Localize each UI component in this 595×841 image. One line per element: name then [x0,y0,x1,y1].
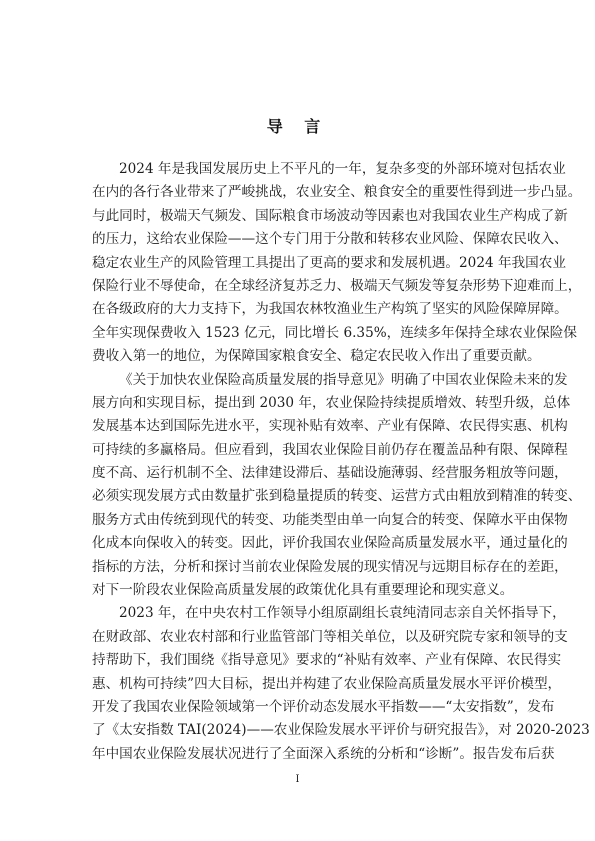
paragraph-2-line-1: 《关于加快农业保险高质量发展的指导意见》明确了中国农业保险未来的发 [92,369,506,392]
paragraph-1-line-9: 费收入第一的地位，为保障国家粮食安全、稳定农民收入作出了重要贡献。 [92,345,506,368]
paragraph-2-line-5: 度不高、运行机制不全、法律建设滞后、基础设施薄弱、经营服务粗放等问题， [92,462,506,485]
paragraph-1-line-3: 与此同时，极端天气频发、国际粮食市场波动等因素也对我国农业生产构成了新 [92,205,506,228]
paragraph-3-line-2: 在财政部、农业农村部和行业监管部门等相关单位，以及研究院专家和领导的支 [92,626,506,649]
paragraph-2-line-8: 化成本向保收入的转变。因此，评价我国农业保险高质量发展水平，通过量化的 [92,532,506,555]
paragraph-3-line-4: 惠、机构可持续”四大目标，提出并构建了农业保险高质量发展水平评价模型， [92,673,506,696]
paragraph-2-line-9: 指标的方法，分析和探讨当前农业保险发展的现实情况与远期目标存在的差距， [92,556,506,579]
document-page: 导 言 2024 年是我国发展历史上不平凡的一年，复杂多变的外部环境对包括农业 … [0,0,595,841]
paragraph-2-line-6: 必须实现发展方式由数量扩张到稳量提质的转变、运营方式由粗放到精准的转变、 [92,485,506,508]
body-text: 2024 年是我国发展历史上不平凡的一年，复杂多变的外部环境对包括农业 在内的各… [92,158,506,766]
paragraph-1-line-2: 在内的各行各业带来了严峻挑战，农业安全、粮食安全的重要性得到进一步凸显。 [92,181,506,204]
paragraph-2-line-4: 可持续的多赢格局。但应看到，我国农业保险目前仍存在覆盖品种有限、保障程 [92,439,506,462]
paragraph-2-line-2: 展方向和实现目标，提出到 2030 年，农业保险持续提质增效、转型升级，总体 [92,392,506,415]
paragraph-3-line-7: 年中国农业保险发展状况进行了全面深入系统的分析和“诊断”。报告发布后获 [92,743,506,766]
paragraph-2-line-10: 对下一阶段农业保险高质量发展的政策优化具有重要理论和现实意义。 [92,579,506,602]
paragraph-2-line-3: 发展基本达到国际先进水平，实现补贴有效率、产业有保障、农民得实惠、机构 [92,415,506,438]
paragraph-1-line-8: 全年实现保费收入 1523 亿元，同比增长 6.35%，连续多年保持全球农业保险… [92,322,506,345]
paragraph-3-line-6: 了《太安指数 TAI(2024)——农业保险发展水平评价与研究报告》，对 202… [92,719,506,742]
paragraph-3-line-5: 开发了我国农业保险领域第一个评价动态发展水平指数——“太安指数”，发布 [92,696,506,719]
paragraph-1-line-1: 2024 年是我国发展历史上不平凡的一年，复杂多变的外部环境对包括农业 [92,158,506,181]
page-title: 导 言 [0,116,595,138]
paragraph-3-line-3: 持帮助下，我们围绕《指导意见》要求的“补贴有效率、产业有保障、农民得实 [92,649,506,672]
paragraph-1-line-6: 保险行业不辱使命，在全球经济复苏乏力、极端天气频发等复杂形势下迎难而上， [92,275,506,298]
paragraph-3-line-1: 2023 年，在中央农村工作领导小组原副组长袁纯清同志亲自关怀指导下， [92,602,506,625]
page-number: I [0,774,595,785]
paragraph-1-line-7: 在各级政府的大力支持下，为我国农林牧渔业生产构筑了坚实的风险保障屏障。 [92,298,506,321]
paragraph-1-line-4: 的压力，这给农业保险——这个专门用于分散和转移农业风险、保障农民收入、 [92,228,506,251]
paragraph-1-line-5: 稳定农业生产的风险管理工具提出了更高的要求和发展机遇。2024 年我国农业 [92,252,506,275]
paragraph-2-line-7: 服务方式由传统到现代的转变、功能类型由单一向复合的转变、保障水平由保物 [92,509,506,532]
